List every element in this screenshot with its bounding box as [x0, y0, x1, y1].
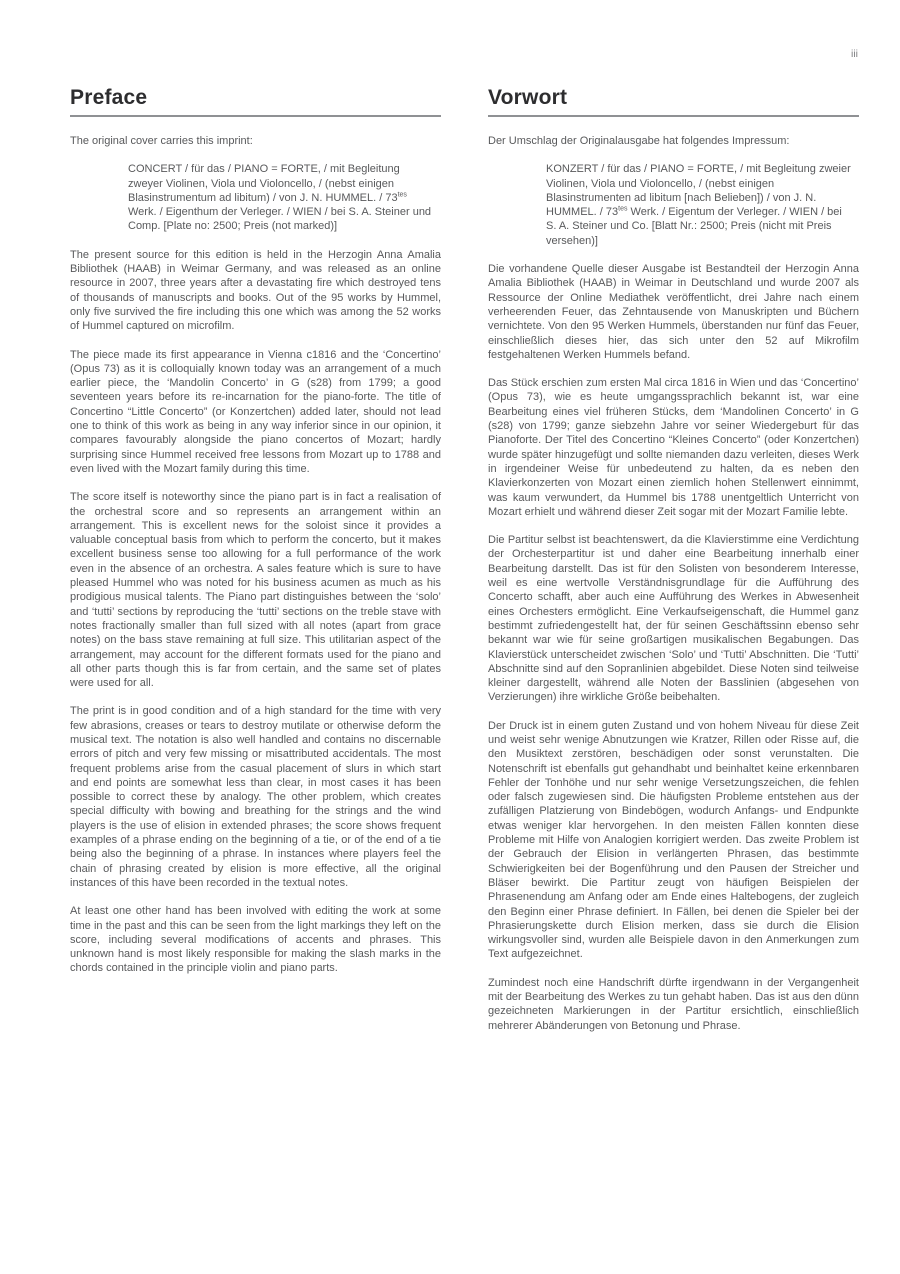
preface-imprint-text-continued: Werk. / Eigenthum der Verleger. / WIEN /… [128, 206, 431, 232]
preface-title: Preface [70, 86, 441, 110]
vorwort-imprint: KONZERT / für das / PIANO = FORTE, / mit… [546, 162, 853, 248]
vorwort-paragraph-geschichte: Das Stück erschien zum ersten Mal circa … [488, 376, 859, 519]
vorwort-column: Vorwort Der Umschlag der Originalausgabe… [488, 86, 859, 1033]
vorwort-paragraph-handschrift: Zumindest noch eine Handschrift dürfte i… [488, 976, 859, 1033]
preface-imprint-text: CONCERT / für das / PIANO = FORTE, / mit… [128, 163, 400, 204]
vorwort-paragraph-druck: Der Druck ist in einem guten Zustand und… [488, 719, 859, 962]
preface-imprint-superscript: tes [398, 191, 407, 198]
page-number: iii [851, 48, 858, 60]
preface-paragraph-source: The present source for this edition is h… [70, 248, 441, 334]
vorwort-title: Vorwort [488, 86, 859, 110]
preface-intro: The original cover carries this imprint: [70, 134, 441, 148]
vorwort-paragraph-quelle: Die vorhandene Quelle dieser Ausgabe ist… [488, 262, 859, 362]
preface-column: Preface The original cover carries this … [70, 86, 441, 976]
preface-paragraph-print-condition: The print is in good condition and of a … [70, 704, 441, 890]
preface-title-rule [70, 115, 441, 117]
document-page: iii Preface The original cover carries t… [0, 0, 900, 1274]
vorwort-title-rule [488, 115, 859, 117]
preface-paragraph-other-hand: At least one other hand has been involve… [70, 904, 441, 975]
vorwort-paragraph-partitur: Die Partitur selbst ist beachtenswert, d… [488, 533, 859, 705]
preface-paragraph-score: The score itself is noteworthy since the… [70, 490, 441, 690]
preface-paragraph-history: The piece made its first appearance in V… [70, 348, 441, 477]
vorwort-intro: Der Umschlag der Originalausgabe hat fol… [488, 134, 859, 148]
preface-imprint: CONCERT / für das / PIANO = FORTE, / mit… [128, 162, 435, 233]
